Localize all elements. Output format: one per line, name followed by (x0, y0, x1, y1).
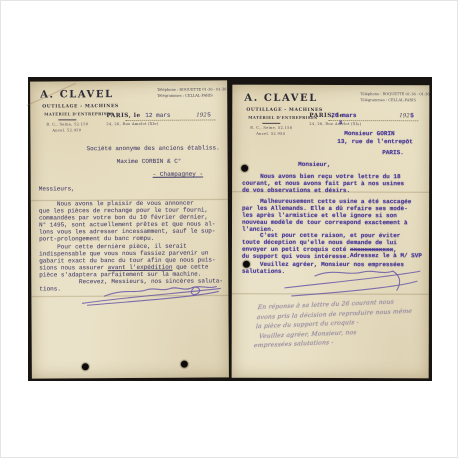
typed-date: 26 mars (331, 112, 356, 119)
letterhead-telegrams: Télégrammes : CELLAL-PARIS (360, 98, 416, 104)
letterhead-telephone: Téléphone : ROQUETTE 01-36 - 01-36 (360, 92, 429, 98)
typed-date: 12 mars (145, 112, 170, 119)
recipient-line1: Société anonyme des anciens établiss. (86, 144, 219, 152)
paragraph-1: Nous avons le plaisir de vous annoncer q… (39, 199, 216, 242)
year-printed: 192 (196, 113, 207, 119)
letterhead-activity: OUTILLAGE - MACHINES (42, 104, 119, 109)
date-city-label: PARIS, le (106, 113, 140, 119)
punch-hole (82, 363, 89, 370)
letterhead-street-address: 24, 26, Rue Amelot (XIe) (106, 122, 158, 127)
typed-year-digit: 5 (410, 112, 414, 119)
letterhead-company: A. CLAVEL (244, 93, 318, 104)
p3-line4-added-text: Adressez le à M/ SVP (350, 252, 422, 259)
paragraph-2: Malheureusement cette usine a été saccag… (242, 198, 411, 233)
letterhead-company: A. CLAVEL (40, 89, 114, 100)
letterhead-telegrams: Télégrammes : CELLAL-PARIS (157, 93, 213, 99)
letterhead-subactivity: MATÉRIEL D'ENTREPRISES (44, 111, 113, 116)
paragraph-1: Nous avons bien reçu votre lettre du 18 … (242, 173, 404, 194)
year-printed: 192 (399, 113, 410, 119)
signature-flourish (76, 280, 226, 309)
recipient-line1: Monsieur GORIN (344, 130, 394, 137)
recipient-line2: 13, rue de l'entrepôt (337, 138, 413, 145)
handwritten-note: En réponse à sa lettre du 26 courant nou… (253, 297, 413, 351)
salutation: Monsieur, (298, 161, 330, 168)
recipient-line3: PARIS. (382, 149, 404, 156)
recipient-line3: - Champagney - (153, 171, 203, 178)
letter-right: A. CLAVEL OUTILLAGE - MACHINES MATÉRIEL … (232, 85, 430, 379)
letterhead-telephone: Téléphone : ROQUETTE 01-36 - 01-36 (157, 87, 226, 93)
letterhead-divider (58, 119, 76, 120)
letter-left: A. CLAVEL OUTILLAGE - MACHINES MATÉRIEL … (30, 80, 229, 378)
photo-of-letters: A. CLAVEL OUTILLAGE - MACHINES MATÉRIEL … (0, 0, 458, 458)
punch-hole (241, 165, 248, 172)
letterhead-registration2: Ancel. 52.950 (256, 132, 285, 137)
salutation: Messieurs, (39, 185, 75, 192)
letterhead-subactivity: MATÉRIEL D'ENTREPRISES (248, 115, 317, 120)
paragraph-2-head: Pour cette dernière pièce, il serait ind… (39, 242, 216, 264)
letterhead-divider (262, 123, 280, 124)
p3-line4-pre: du support qui vous intéresse. (242, 253, 350, 260)
letterhead-street-address: 24, 26, Rue Amelot (XIe) (309, 122, 361, 127)
paragraph-3-head: C'est pour cette raison, et pour éviter … (242, 232, 400, 246)
recipient-line2: Maxime CORBIN & C° (117, 158, 182, 165)
punch-hole (243, 261, 250, 268)
typed-year-digit: 5 (207, 112, 211, 119)
punch-hole (181, 361, 188, 368)
letterhead-registration1: R. C., Seine, 52.150 (46, 122, 88, 127)
letterhead-registration2: Ancel. 52.950 (52, 128, 81, 133)
paragraph-3-line4: du support qui vous intéresse.Adressez l… (242, 253, 422, 260)
letterhead-registration1: R. C., Seine, 52.150 (250, 126, 292, 131)
